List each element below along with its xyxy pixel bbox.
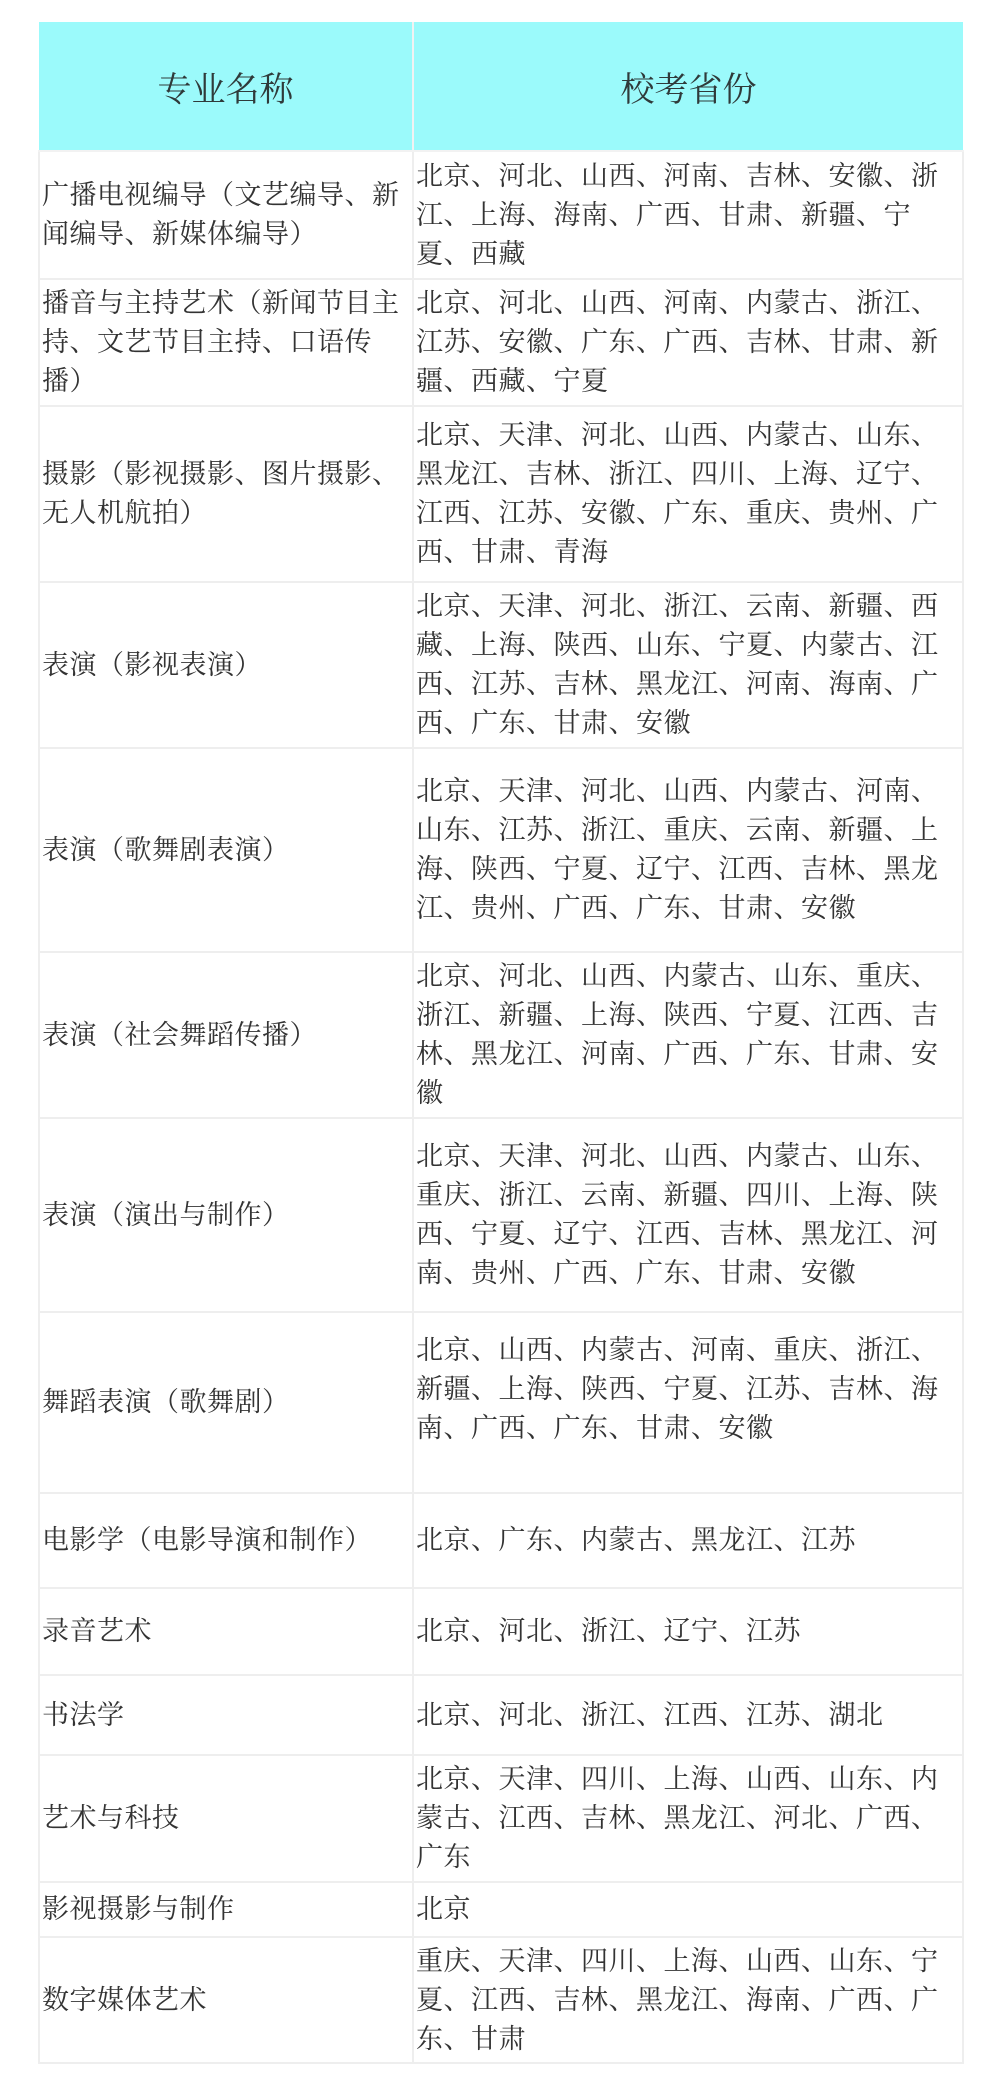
table-row: 广播电视编导（文艺编导、新闻编导、新媒体编导） 北京、河北、山西、河南、吉林、安…	[39, 151, 963, 279]
table-row: 表演（社会舞蹈传播） 北京、河北、山西、内蒙古、山东、重庆、浙江、新疆、上海、陕…	[39, 952, 963, 1118]
province-list: 北京、天津、河北、山西、内蒙古、山东、重庆、浙江、云南、新疆、四川、上海、陕西、…	[413, 1118, 963, 1312]
table-row: 艺术与科技 北京、天津、四川、上海、山西、山东、内蒙古、江西、吉林、黑龙江、河北…	[39, 1755, 963, 1882]
table-row: 表演（影视表演） 北京、天津、河北、浙江、云南、新疆、西藏、上海、陕西、山东、宁…	[39, 582, 963, 748]
province-list: 北京、河北、山西、内蒙古、山东、重庆、浙江、新疆、上海、陕西、宁夏、江西、吉林、…	[413, 952, 963, 1118]
major-name: 表演（歌舞剧表演）	[39, 748, 413, 952]
major-name: 电影学（电影导演和制作）	[39, 1493, 413, 1588]
table-row: 表演（歌舞剧表演） 北京、天津、河北、山西、内蒙古、河南、山东、江苏、浙江、重庆…	[39, 748, 963, 952]
province-list: 北京、天津、四川、上海、山西、山东、内蒙古、江西、吉林、黑龙江、河北、广西、广东	[413, 1755, 963, 1882]
major-name: 播音与主持艺术（新闻节目主持、文艺节目主持、口语传播）	[39, 279, 413, 406]
table-row: 舞蹈表演（歌舞剧） 北京、山西、内蒙古、河南、重庆、浙江、新疆、上海、陕西、宁夏…	[39, 1312, 963, 1493]
table-row: 数字媒体艺术 重庆、天津、四川、上海、山西、山东、宁夏、江西、吉林、黑龙江、海南…	[39, 1937, 963, 2063]
major-name: 摄影（影视摄影、图片摄影、无人机航拍）	[39, 406, 413, 582]
province-list: 北京、天津、河北、山西、内蒙古、河南、山东、江苏、浙江、重庆、云南、新疆、上海、…	[413, 748, 963, 952]
table-row: 影视摄影与制作 北京	[39, 1882, 963, 1937]
province-list: 北京、天津、河北、浙江、云南、新疆、西藏、上海、陕西、山东、宁夏、内蒙古、江西、…	[413, 582, 963, 748]
province-list: 北京、河北、浙江、江西、江苏、湖北	[413, 1675, 963, 1755]
province-list: 北京、山西、内蒙古、河南、重庆、浙江、新疆、上海、陕西、宁夏、江苏、吉林、海南、…	[413, 1312, 963, 1493]
major-name: 影视摄影与制作	[39, 1882, 413, 1937]
table-row: 表演（演出与制作） 北京、天津、河北、山西、内蒙古、山东、重庆、浙江、云南、新疆…	[39, 1118, 963, 1312]
header-exam-provinces: 校考省份	[413, 22, 963, 151]
province-list: 北京、河北、浙江、辽宁、江苏	[413, 1588, 963, 1675]
major-name: 录音艺术	[39, 1588, 413, 1675]
province-list: 北京、广东、内蒙古、黑龙江、江苏	[413, 1493, 963, 1588]
table-header-row: 专业名称 校考省份	[39, 22, 963, 151]
major-name: 表演（演出与制作）	[39, 1118, 413, 1312]
major-name: 表演（影视表演）	[39, 582, 413, 748]
major-name: 广播电视编导（文艺编导、新闻编导、新媒体编导）	[39, 151, 413, 279]
table-row: 播音与主持艺术（新闻节目主持、文艺节目主持、口语传播） 北京、河北、山西、河南、…	[39, 279, 963, 406]
majors-provinces-table: 专业名称 校考省份 广播电视编导（文艺编导、新闻编导、新媒体编导） 北京、河北、…	[38, 22, 964, 2064]
major-name: 数字媒体艺术	[39, 1937, 413, 2063]
province-list: 北京	[413, 1882, 963, 1937]
major-name: 表演（社会舞蹈传播）	[39, 952, 413, 1118]
province-list: 北京、河北、山西、河南、内蒙古、浙江、江苏、安徽、广东、广西、吉林、甘肃、新疆、…	[413, 279, 963, 406]
table-row: 书法学 北京、河北、浙江、江西、江苏、湖北	[39, 1675, 963, 1755]
major-name: 舞蹈表演（歌舞剧）	[39, 1312, 413, 1493]
major-name: 书法学	[39, 1675, 413, 1755]
table-row: 电影学（电影导演和制作） 北京、广东、内蒙古、黑龙江、江苏	[39, 1493, 963, 1588]
province-list: 北京、天津、河北、山西、内蒙古、山东、黑龙江、吉林、浙江、四川、上海、辽宁、江西…	[413, 406, 963, 582]
province-list: 重庆、天津、四川、上海、山西、山东、宁夏、江西、吉林、黑龙江、海南、广西、广东、…	[413, 1937, 963, 2063]
header-major-name: 专业名称	[39, 22, 413, 151]
province-list: 北京、河北、山西、河南、吉林、安徽、浙江、上海、海南、广西、甘肃、新疆、宁夏、西…	[413, 151, 963, 279]
major-name: 艺术与科技	[39, 1755, 413, 1882]
table-row: 录音艺术 北京、河北、浙江、辽宁、江苏	[39, 1588, 963, 1675]
table-row: 摄影（影视摄影、图片摄影、无人机航拍） 北京、天津、河北、山西、内蒙古、山东、黑…	[39, 406, 963, 582]
